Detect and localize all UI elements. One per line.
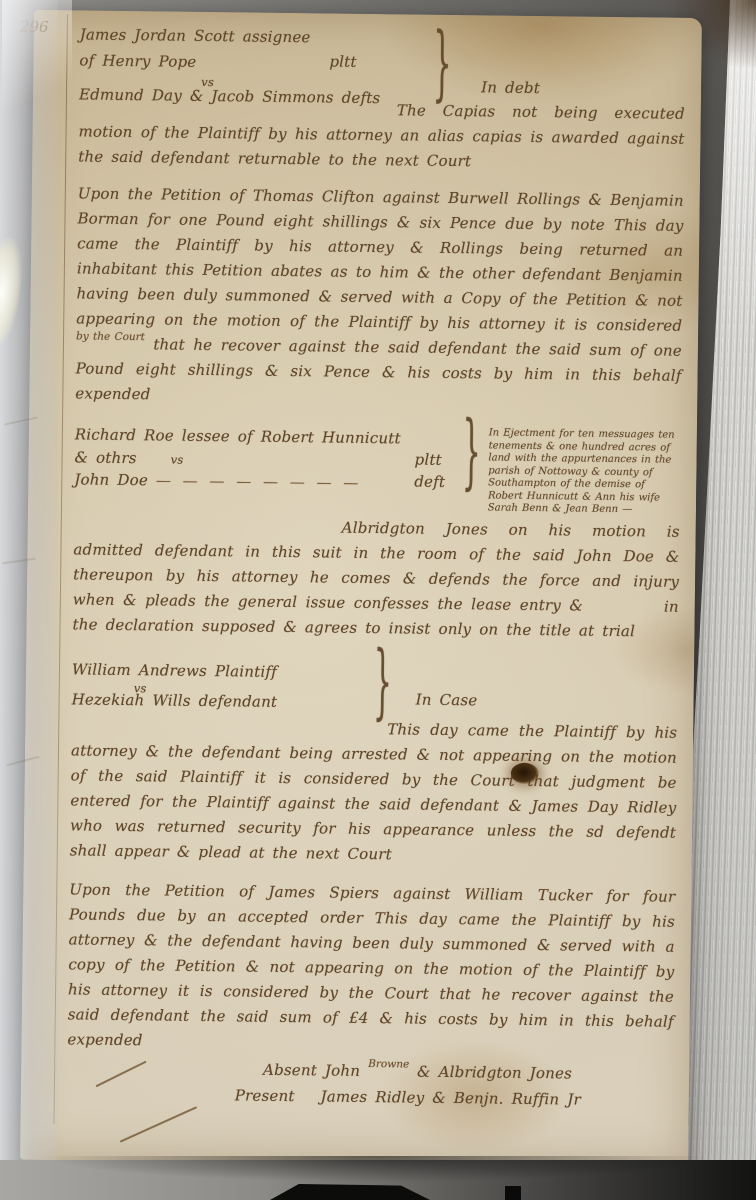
case-brace-icon: } [462,424,481,484]
photo-backdrop: 296 James Jordan Scott assignee of Henry… [0,0,756,1200]
interlined-text: Browne [368,1064,409,1065]
petition-paragraph-spiers: Upon the Petition of James Spiers agains… [67,877,675,1059]
present-label: Present [235,1086,295,1105]
mylar-sleeve [0,0,58,1164]
mylar-reflection [2,0,72,160]
case-type-label: In debt [481,75,540,101]
absent-name: John [325,1061,360,1079]
ejectment-margin-note: In Ejectment for ten messuages ten tenem… [488,427,681,517]
case-type-label: In Case [415,687,477,713]
court-order-paragraph: This day came the Plaintiff by his attor… [70,713,678,870]
ink-blot [511,763,539,784]
absent-label: Absent [263,1060,317,1079]
role-column: pltt deft [414,427,459,494]
party-name: of Henry Pope [79,48,196,74]
party-name: Edmund Day & Jacob Simmons defts [79,82,381,111]
justices-footer: Absent John Browne & Albridgton Jones Pr… [67,1054,674,1113]
plaintiff-label: pltt [329,49,357,74]
interlined-text: by the Court [76,336,145,337]
court-order-paragraph: Albridgton Jones on his motion is admitt… [72,512,679,644]
party-name: Hezekiah Wills defendant [71,687,277,715]
petition-paragraph-clifton: Upon the Petition of Thomas Clifton agai… [75,181,684,413]
party-name: James Jordan Scott assignee [80,22,311,50]
petition-text: Upon the Petition of Thomas Clifton agai… [76,184,684,334]
intentional-blank [591,610,655,611]
party-name: William Andrews Plaintiff [72,657,277,685]
party-column: Richard Roe lessee of Robert Hunnicutt &… [74,422,415,494]
order-text: Albridgton Jones on his motion is admitt… [73,518,680,614]
case-caption-scott-v-day: James Jordan Scott assignee of Henry Pop… [79,22,686,117]
versus-label: vs [171,453,184,467]
case-caption-andrews-v-wills: William Andrews Plaintiff vs Hezekiah Wi… [71,657,678,724]
case-caption-roe-v-doe: Richard Roe lessee of Robert Hunnicutt &… [74,422,681,517]
party-name: & othrs [74,448,136,467]
plaintiff-label: pltt [414,449,458,472]
party-name: John Doe [74,470,148,489]
book-shadow [40,1156,716,1182]
page-content: James Jordan Scott assignee of Henry Pop… [20,10,702,1168]
ditto-dashes: — — — — — — — — [156,471,361,491]
present-line: Present James Ridley & Benjn. Ruffin Jr [235,1082,673,1113]
present-names: James Ridley & Benjn. Ruffin Jr [320,1087,581,1108]
book-support-foot [505,1186,521,1200]
manuscript-page: 296 James Jordan Scott assignee of Henry… [20,10,702,1168]
petition-text: that he recover against the said defenda… [75,335,682,403]
defendant-label: deft [414,471,458,494]
absent-names: & Albridgton Jones [417,1062,572,1082]
case-brace-icon: } [373,653,392,713]
case-brace-icon: } [433,35,452,95]
